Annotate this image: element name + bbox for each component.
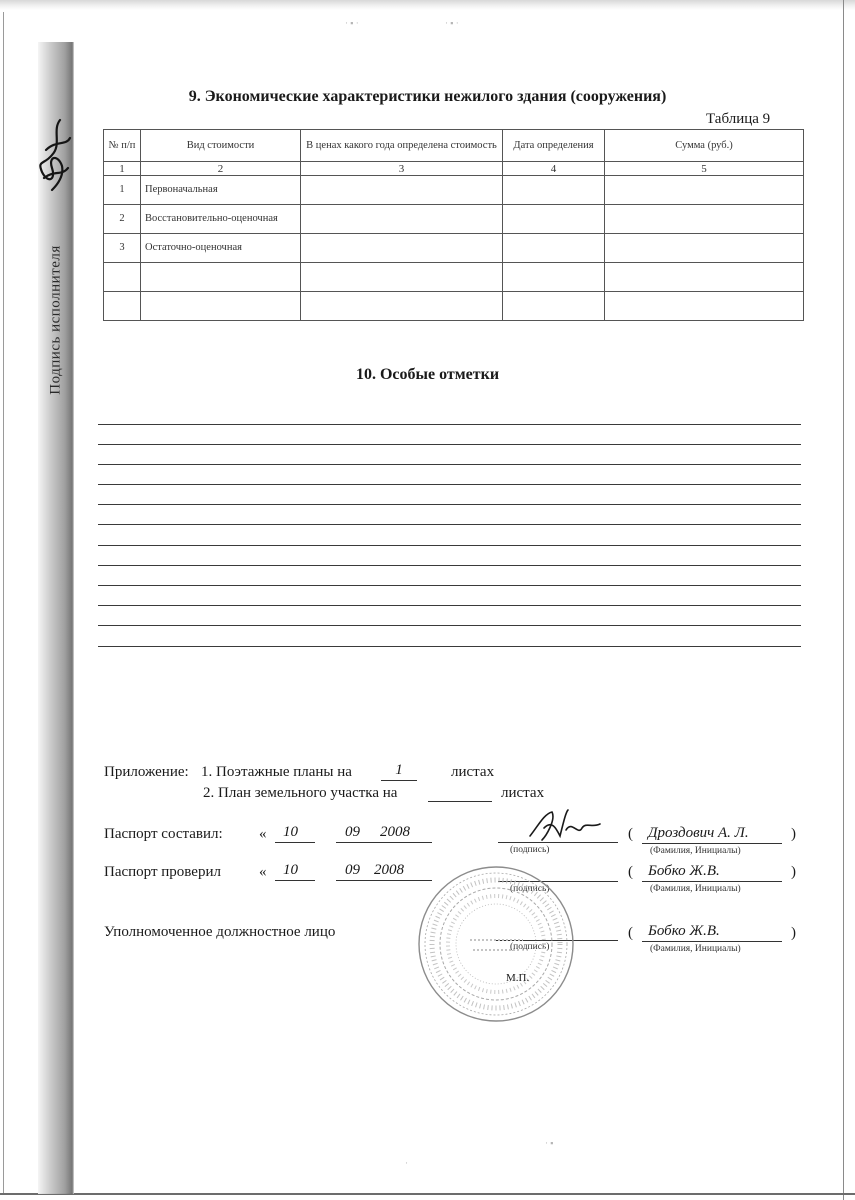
table-row: 3 Остаточно-оценочная xyxy=(104,234,804,263)
table-row: 1 Первоначальная xyxy=(104,176,804,205)
appendix-item-1-text: 1. Поэтажные планы на xyxy=(201,764,352,781)
appendix-item-2-underline xyxy=(428,801,492,802)
checked-date-quote: « xyxy=(259,864,267,881)
table-caption: Таблица 9 xyxy=(706,111,770,128)
compiled-name: Дроздович А. Л. xyxy=(648,825,749,842)
table-row: 2 Восстановительно-оценочная xyxy=(104,205,804,234)
authorized-name-caption: (Фамилия, Инициалы) xyxy=(650,944,741,954)
authorized-label: Уполномоченное должностное лицо xyxy=(104,924,335,941)
sum-cell xyxy=(605,234,804,263)
checked-label: Паспорт проверил xyxy=(104,864,221,881)
date-cell xyxy=(503,234,605,263)
compiled-signature-icon xyxy=(522,806,606,846)
checked-name: Бобко Ж.В. xyxy=(648,863,720,880)
appendix-item-1-suffix: листах xyxy=(451,764,494,781)
column-number: 4 xyxy=(503,162,605,176)
section-10-title: 10. Особые отметки xyxy=(0,366,855,384)
price-year-cell xyxy=(301,176,503,205)
compiled-signature-caption: (подпись) xyxy=(510,845,549,855)
appendix-item-2-suffix: листах xyxy=(501,785,544,802)
compiled-label: Паспорт составил: xyxy=(104,826,223,843)
executor-signature-icon xyxy=(22,110,82,200)
scan-noise: · xyxy=(405,1158,408,1168)
sum-cell xyxy=(605,292,804,321)
cost-type-cell xyxy=(141,263,301,292)
checked-name-caption: (Фамилия, Инициалы) xyxy=(650,884,741,894)
scan-left-edge xyxy=(3,12,4,1194)
date-cell xyxy=(503,176,605,205)
table-header-row: № п/п Вид стоимости В ценах какого года … xyxy=(104,130,804,162)
note-line xyxy=(98,646,801,647)
close-paren: ) xyxy=(791,826,796,843)
price-year-cell xyxy=(301,205,503,234)
sum-cell xyxy=(605,263,804,292)
note-line xyxy=(98,464,801,465)
cost-type-cell: Первоначальная xyxy=(141,176,301,205)
column-number-row: 1 2 3 4 5 xyxy=(104,162,804,176)
close-paren: ) xyxy=(791,925,796,942)
cost-type-cell xyxy=(141,292,301,321)
compiled-day: 10 xyxy=(283,824,298,841)
authorized-name: Бобко Ж.В. xyxy=(648,923,720,940)
note-line xyxy=(98,424,801,425)
note-line xyxy=(98,504,801,505)
cost-type-cell: Остаточно-оценочная xyxy=(141,234,301,263)
column-header-date: Дата определения xyxy=(503,130,605,162)
note-line xyxy=(98,524,801,525)
table-row xyxy=(104,292,804,321)
open-paren: ( xyxy=(628,864,633,881)
scan-noise: · ▪ · xyxy=(345,18,359,28)
price-year-cell xyxy=(301,292,503,321)
scan-bottom-edge xyxy=(0,1193,855,1195)
compiled-signature-line xyxy=(498,842,618,843)
authorized-name-underline xyxy=(642,941,782,942)
note-line xyxy=(98,545,801,546)
row-number: 3 xyxy=(104,234,141,263)
row-number xyxy=(104,292,141,321)
column-header-number: № п/п xyxy=(104,130,141,162)
column-header-sum: Сумма (руб.) xyxy=(605,130,804,162)
official-seal-icon xyxy=(415,864,577,1024)
scan-top-edge xyxy=(0,0,855,10)
compiled-year: 2008 xyxy=(380,824,410,841)
economic-characteristics-table: № п/п Вид стоимости В ценах какого года … xyxy=(103,129,804,321)
row-number: 2 xyxy=(104,205,141,234)
note-line xyxy=(98,625,801,626)
date-cell xyxy=(503,292,605,321)
open-paren: ( xyxy=(628,925,633,942)
row-number xyxy=(104,263,141,292)
checked-day: 10 xyxy=(283,862,298,879)
note-line xyxy=(98,484,801,485)
column-number: 2 xyxy=(141,162,301,176)
appendix-item-2-text: 2. План земельного участка на xyxy=(203,785,397,802)
cost-type-cell: Восстановительно-оценочная xyxy=(141,205,301,234)
column-number: 5 xyxy=(605,162,804,176)
date-cell xyxy=(503,263,605,292)
compiled-month: 09 xyxy=(345,824,360,841)
scan-right-edge xyxy=(843,0,844,1200)
sum-cell xyxy=(605,176,804,205)
appendix-item-1-value: 1 xyxy=(381,762,417,779)
price-year-cell xyxy=(301,234,503,263)
appendix-label: Приложение: xyxy=(104,764,189,781)
scan-noise: · ▪ · xyxy=(445,18,459,28)
column-header-cost-type: Вид стоимости xyxy=(141,130,301,162)
compiled-date-quote: « xyxy=(259,826,267,843)
note-line xyxy=(98,585,801,586)
compiled-name-caption: (Фамилия, Инициалы) xyxy=(650,846,741,856)
checked-year: 2008 xyxy=(374,862,404,879)
note-line xyxy=(98,565,801,566)
column-number: 1 xyxy=(104,162,141,176)
note-line xyxy=(98,444,801,445)
compiled-name-underline xyxy=(642,843,782,844)
section-9-title: 9. Экономические характеристики нежилого… xyxy=(0,88,855,106)
checked-month: 09 xyxy=(345,862,360,879)
checked-name-underline xyxy=(642,881,782,882)
appendix-item-1-underline xyxy=(381,780,417,781)
stamp-place-label: М.П. xyxy=(506,972,529,984)
sum-cell xyxy=(605,205,804,234)
compiled-date-underline xyxy=(336,842,432,843)
column-header-price-year: В ценах какого года определена стоимость xyxy=(301,130,503,162)
close-paren: ) xyxy=(791,864,796,881)
price-year-cell xyxy=(301,263,503,292)
table-row xyxy=(104,263,804,292)
binding-strip xyxy=(38,42,74,1194)
checked-day-underline xyxy=(275,880,315,881)
column-number: 3 xyxy=(301,162,503,176)
open-paren: ( xyxy=(628,826,633,843)
scan-noise: · ▪ xyxy=(545,1138,553,1148)
row-number: 1 xyxy=(104,176,141,205)
compiled-day-underline xyxy=(275,842,315,843)
note-line xyxy=(98,605,801,606)
date-cell xyxy=(503,205,605,234)
